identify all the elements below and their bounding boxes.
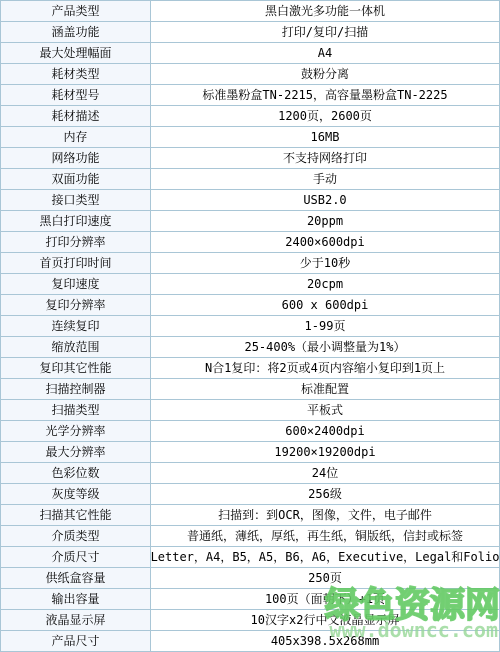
spec-value: 普通纸，薄纸，厚纸，再生纸，铜版纸，信封或标签 [151, 526, 499, 546]
table-row: 复印分辨率600 x 600dpi [1, 295, 499, 316]
spec-label: 连续复印 [1, 316, 151, 336]
table-row: 液晶显示屏10汉字x2行中文液晶显示屏 [1, 610, 499, 631]
spec-label: 涵盖功能 [1, 22, 151, 42]
table-row: 耗材描述1200页，2600页 [1, 106, 499, 127]
table-row: 扫描控制器标准配置 [1, 379, 499, 400]
spec-label: 色彩位数 [1, 463, 151, 483]
spec-value: A4 [151, 43, 499, 63]
spec-label: 供纸盒容量 [1, 568, 151, 588]
spec-label: 介质类型 [1, 526, 151, 546]
spec-value: 256级 [151, 484, 499, 504]
spec-label: 产品尺寸 [1, 631, 151, 651]
table-row: 最大分辨率19200×19200dpi [1, 442, 499, 463]
spec-page: 产品类型黑白激光多功能一体机涵盖功能打印/复印/扫描最大处理幅面A4耗材类型鼓粉… [0, 0, 500, 652]
spec-value: 10汉字x2行中文液晶显示屏 [151, 610, 499, 630]
spec-value: 24位 [151, 463, 499, 483]
table-row: 光学分辨率600×2400dpi [1, 421, 499, 442]
table-row: 介质尺寸Letter，A4，B5，A5，B6，A6，Executive，Lega… [1, 547, 499, 568]
spec-label: 耗材描述 [1, 106, 151, 126]
spec-value: 不支持网络打印 [151, 148, 499, 168]
spec-label: 介质尺寸 [1, 547, 151, 567]
spec-value: 2400×600dpi [151, 232, 499, 252]
spec-value: 少于10秒 [151, 253, 499, 273]
table-row: 涵盖功能打印/复印/扫描 [1, 22, 499, 43]
spec-label: 打印分辨率 [1, 232, 151, 252]
table-row: 缩放范围25-400%（最小调整量为1%） [1, 337, 499, 358]
spec-label: 黑白打印速度 [1, 211, 151, 231]
spec-value: N合1复印：将2页或4页内容缩小复印到1页上 [151, 358, 499, 378]
spec-value: 扫描到：到OCR，图像，文件，电子邮件 [151, 505, 499, 525]
table-row: 最大处理幅面A4 [1, 43, 499, 64]
table-row: 输出容量100页（面朝下）+1页 [1, 589, 499, 610]
table-row: 首页打印时间少于10秒 [1, 253, 499, 274]
table-row: 介质类型普通纸，薄纸，厚纸，再生纸，铜版纸，信封或标签 [1, 526, 499, 547]
spec-value: 19200×19200dpi [151, 442, 499, 462]
table-row: 色彩位数24位 [1, 463, 499, 484]
spec-value: Letter，A4，B5，A5，B6，A6，Executive，Legal和Fo… [151, 547, 499, 567]
spec-value: 手动 [151, 169, 499, 189]
spec-value: 标准墨粉盒TN-2215，高容量墨粉盒TN-2225 [151, 85, 499, 105]
spec-value: 黑白激光多功能一体机 [151, 1, 499, 21]
spec-value: 标准配置 [151, 379, 499, 399]
spec-label: 复印分辨率 [1, 295, 151, 315]
spec-label: 网络功能 [1, 148, 151, 168]
table-row: 产品类型黑白激光多功能一体机 [1, 1, 499, 22]
table-row: 双面功能手动 [1, 169, 499, 190]
spec-value: 打印/复印/扫描 [151, 22, 499, 42]
spec-label: 内存 [1, 127, 151, 147]
table-row: 耗材型号标准墨粉盒TN-2215，高容量墨粉盒TN-2225 [1, 85, 499, 106]
spec-label: 扫描类型 [1, 400, 151, 420]
spec-label: 扫描控制器 [1, 379, 151, 399]
table-row: 扫描其它性能扫描到：到OCR，图像，文件，电子邮件 [1, 505, 499, 526]
spec-value: 600×2400dpi [151, 421, 499, 441]
table-row: 供纸盒容量250页 [1, 568, 499, 589]
spec-value: 平板式 [151, 400, 499, 420]
table-row: 内存16MB [1, 127, 499, 148]
spec-value: 1200页，2600页 [151, 106, 499, 126]
spec-value: 1-99页 [151, 316, 499, 336]
table-row: 连续复印1-99页 [1, 316, 499, 337]
spec-value: 250页 [151, 568, 499, 588]
spec-label: 复印速度 [1, 274, 151, 294]
spec-label: 双面功能 [1, 169, 151, 189]
spec-label: 光学分辨率 [1, 421, 151, 441]
table-row: 网络功能不支持网络打印 [1, 148, 499, 169]
spec-value: 100页（面朝下）+1页 [151, 589, 499, 609]
table-row: 复印速度20cpm [1, 274, 499, 295]
spec-label: 最大分辨率 [1, 442, 151, 462]
spec-label: 复印其它性能 [1, 358, 151, 378]
spec-value: 16MB [151, 127, 499, 147]
table-row: 灰度等级256级 [1, 484, 499, 505]
spec-label: 扫描其它性能 [1, 505, 151, 525]
spec-label: 耗材型号 [1, 85, 151, 105]
spec-label: 最大处理幅面 [1, 43, 151, 63]
table-row: 复印其它性能N合1复印：将2页或4页内容缩小复印到1页上 [1, 358, 499, 379]
spec-label: 接口类型 [1, 190, 151, 210]
spec-value: 600 x 600dpi [151, 295, 499, 315]
table-row: 黑白打印速度20ppm [1, 211, 499, 232]
spec-label: 灰度等级 [1, 484, 151, 504]
spec-value: 20ppm [151, 211, 499, 231]
table-row: 产品尺寸405x398.5x268mm [1, 631, 499, 652]
spec-value: 鼓粉分离 [151, 64, 499, 84]
spec-label: 耗材类型 [1, 64, 151, 84]
spec-value: USB2.0 [151, 190, 499, 210]
table-row: 接口类型USB2.0 [1, 190, 499, 211]
spec-value: 405x398.5x268mm [151, 631, 499, 651]
spec-value: 25-400%（最小调整量为1%） [151, 337, 499, 357]
spec-label: 产品类型 [1, 1, 151, 21]
table-row: 打印分辨率2400×600dpi [1, 232, 499, 253]
spec-value: 20cpm [151, 274, 499, 294]
spec-label: 液晶显示屏 [1, 610, 151, 630]
table-row: 耗材类型鼓粉分离 [1, 64, 499, 85]
spec-label: 输出容量 [1, 589, 151, 609]
spec-label: 缩放范围 [1, 337, 151, 357]
table-row: 扫描类型平板式 [1, 400, 499, 421]
spec-label: 首页打印时间 [1, 253, 151, 273]
product-spec-table: 产品类型黑白激光多功能一体机涵盖功能打印/复印/扫描最大处理幅面A4耗材类型鼓粉… [0, 0, 500, 652]
